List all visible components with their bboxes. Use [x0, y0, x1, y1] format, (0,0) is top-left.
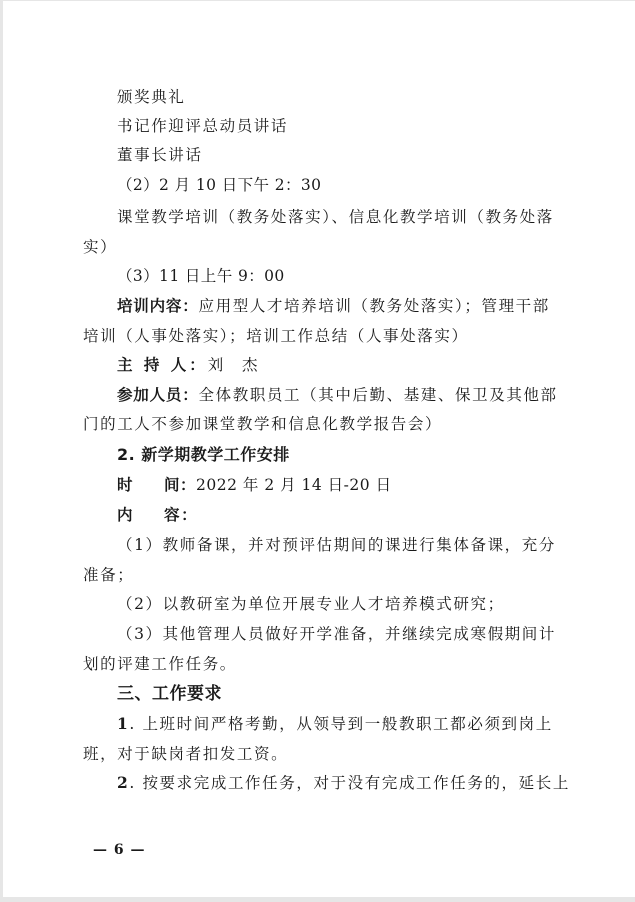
line-session-3-time: （3）11 日上午 9：00 [117, 266, 285, 286]
line-session-2-time: （2）2 月 10 日下午 2：30 [117, 175, 321, 195]
host-value: 刘 杰 [208, 356, 259, 374]
participants-text: 全体教职员工（其中后勤、基建、保卫及其他部 [199, 386, 558, 404]
training-content-cont: 培训（人事处落实）；培训工作总结（人事处落实） [83, 326, 469, 346]
section-3-item-2: 2. 按要求完成工作任务，对于没有完成工作任务的，延长上 [117, 773, 570, 793]
line-session-2-content: 课堂教学培训（教务处落实）、信息化教学培训（教务处落 [117, 207, 554, 227]
time-value: 2022 年 2 月 14 日-20 日 [196, 476, 392, 494]
training-content-text: 应用型人才培养培训（教务处落实）；管理干部 [199, 297, 550, 315]
line-secretary-speech: 书记作迎评总动员讲话 [117, 116, 288, 136]
section-2-item-2: （2）以教研室为单位开展专业人才培养模式研究； [117, 594, 505, 614]
section-3-item-1-text: . 上班时间严格考勤，从领导到一般教职工都必须到岗上 [129, 715, 552, 733]
content-label-b: 容： [164, 505, 198, 525]
section-3-item-1-cont: 班，对于缺岗者扣发工资。 [83, 744, 288, 764]
section-3-title: 三、工作要求 [117, 684, 222, 704]
document-page: 颁奖典礼 书记作迎评总动员讲话 董事长讲话 （2）2 月 10 日下午 2：30… [3, 1, 635, 897]
line-chairman-speech: 董事长讲话 [117, 145, 203, 165]
time-paragraph: 时间：2022 年 2 月 14 日-20 日 [117, 475, 392, 495]
content-label-paragraph: 内容： [117, 505, 198, 525]
participants-cont: 门的工人不参加课堂教学和信息化教学报告会） [83, 414, 442, 434]
page-number: — 6 — [93, 842, 146, 858]
section-2-item-1: （1）教师备课，并对预评估期间的课进行集体备课，充分 [117, 535, 556, 555]
training-content-label: 培训内容： [117, 297, 199, 315]
line-award-ceremony: 颁奖典礼 [117, 87, 185, 107]
section-3-item-1: 1. 上班时间严格考勤，从领导到一般教职工都必须到岗上 [117, 714, 553, 734]
section-2-item-3: （3）其他管理人员做好开学准备，并继续完成寒假期间计 [117, 624, 556, 644]
time-label-a: 时 [117, 475, 164, 495]
section-3-item-2-text: . 按要求完成工作任务，对于没有完成工作任务的，延长上 [129, 774, 570, 792]
line-session-2-content-cont: 实） [83, 237, 117, 257]
section-3-item-1-number: 1 [117, 714, 129, 733]
section-3-item-2-number: 2 [117, 773, 129, 792]
section-2-item-1-cont: 准备； [83, 565, 134, 585]
section-2-item-3-cont: 划的评建工作任务。 [83, 654, 237, 674]
host-paragraph: 主 持 人：刘 杰 [117, 355, 259, 375]
participants-paragraph: 参加人员：全体教职员工（其中后勤、基建、保卫及其他部 [117, 385, 558, 405]
training-content-paragraph: 培训内容：应用型人才培养培训（教务处落实）；管理干部 [117, 296, 550, 316]
participants-label: 参加人员： [117, 386, 199, 404]
host-label: 主 持 人： [117, 356, 208, 374]
time-label-b: 间： [164, 475, 196, 495]
section-2-title: 2. 新学期教学工作安排 [117, 445, 290, 465]
content-label-a: 内 [117, 505, 164, 525]
